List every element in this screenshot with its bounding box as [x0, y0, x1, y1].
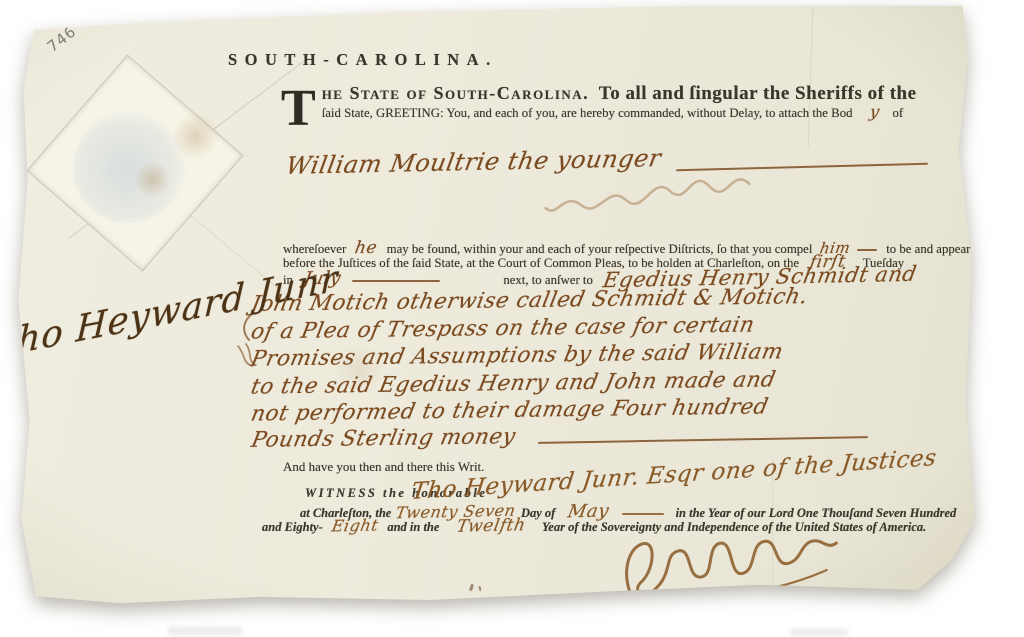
defendant-name: William Moultrie the younger — [284, 144, 664, 180]
opening-paragraph: T he State of South-Carolina. To all and… — [281, 86, 971, 130]
handwritten-body-letter: y — [868, 103, 880, 119]
handwritten-year-suffix: Eight — [330, 516, 380, 536]
masthead-title: SOUTH-CAROLINA. — [228, 50, 498, 70]
ghost-mark — [168, 627, 242, 635]
hw-line: Pounds Sterling money — [249, 423, 518, 454]
embossed-seal-circle — [49, 84, 211, 247]
paper-sheet: 746 SOUTH-CAROLINA. T he State of South-… — [0, 0, 1024, 637]
printed-text: next, to anſwer to — [503, 273, 593, 287]
handwritten-justice-name: Tho Heyward Junr. Esqr one of the Justic… — [410, 445, 938, 505]
ghost-mark — [790, 629, 848, 636]
handwritten-cause-block: John Motich otherwise called Schmidt & M… — [252, 287, 868, 452]
printed-witness-text: and in the — [387, 520, 439, 534]
pencil-number: 746 — [44, 22, 80, 56]
opening-state-title: he State of South-Carolina. — [322, 83, 590, 103]
paper-seal — [26, 54, 243, 271]
ink-speck — [479, 586, 482, 591]
printed-witness-text: and Eighty- — [262, 520, 323, 534]
opening-command: ſaid State, GREETING: You, and each of y… — [322, 106, 853, 120]
handwritten-independence-year: Twelfth — [455, 515, 527, 536]
defendant-name-line: William Moultrie the younger — [287, 148, 660, 176]
ink-speck — [469, 584, 474, 592]
witness-justice-name-line: Tho Heyward Junr. Esqr one of the Justic… — [412, 451, 937, 500]
margin-flourish — [236, 342, 256, 368]
opening-address: To all and ſingular the Sheriffs of the — [599, 83, 917, 104]
opening-of: of — [892, 106, 903, 120]
paper-surface: 746 SOUTH-CAROLINA. T he State of South-… — [0, 0, 1024, 637]
scanned-document-page: 746 SOUTH-CAROLINA. T he State of South-… — [0, 0, 1024, 637]
dropcap-initial: T — [281, 88, 316, 130]
